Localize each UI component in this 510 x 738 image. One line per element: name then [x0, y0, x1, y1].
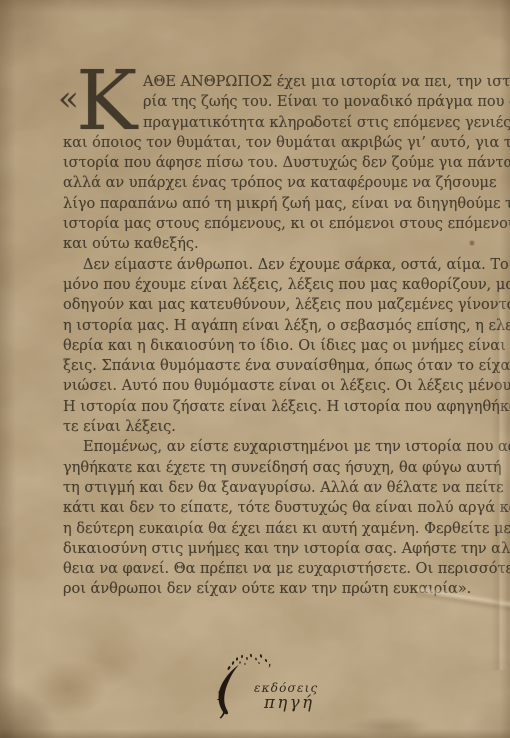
paragraph-1: «Κ ΑΘΕ ΑΝΘΡΩΠΟΣ έχει μια ιστορία να πει,… [63, 72, 448, 255]
text-line: μόνο που έχουμε είναι λέξεις, λέξεις που… [63, 275, 448, 295]
text-line: τη στιγμή και δεν θα ξαναγυρίσω. Αλλά αν… [63, 478, 448, 498]
text-line: κάτι και δεν το είπατε, τότε δυστυχώς θα… [63, 498, 448, 518]
blurb-text-block: «Κ ΑΘΕ ΑΝΘΡΩΠΟΣ έχει μια ιστορία να πει,… [63, 72, 448, 600]
text-line: η δεύτερη ευκαιρία θα έχει πάει κι αυτή … [63, 519, 448, 539]
text-line: η ιστορία μας. Η αγάπη είναι λέξη, ο σεβ… [63, 316, 448, 336]
drop-cap-letter: Κ [76, 61, 137, 143]
drop-cap-group: «Κ [63, 76, 143, 130]
paper-crease [491, 290, 507, 670]
paragraph-3: Επομένως, αν είστε ευχαριστημένοι με την… [63, 437, 448, 599]
text-line: νιώσει. Αυτό που θυμόμαστε είναι οι λέξε… [63, 376, 448, 396]
text-line: Επομένως, αν είστε ευχαριστημένοι με την… [63, 437, 448, 457]
text-line: Η ιστορία που ζήσατε είναι λέξεις. Η ιστ… [63, 397, 448, 417]
text-line: ξεις. Σπάνια θυμόμαστε ένα συναίσθημα, ό… [63, 356, 448, 376]
paragraph-2: Δεν είμαστε άνθρωποι. Δεν έχουμε σάρκα, … [63, 255, 448, 438]
text-line: τε είναι λέξεις. [63, 417, 448, 437]
text-line: Δεν είμαστε άνθρωποι. Δεν έχουμε σάρκα, … [63, 255, 448, 275]
text-line: ιστορία που άφησε πίσω του. Δυστυχώς δεν… [63, 153, 448, 173]
text-line: λίγο παραπάνω από τη μικρή ζωή μας, είνα… [63, 194, 448, 214]
publisher-logo: εκδόσεις πηγή [212, 652, 332, 720]
text-line: γηθήκατε και έχετε τη συνείδησή σας ήσυχ… [63, 458, 448, 478]
text-line: θερία και η δικαιοσύνη το ίδιο. Οι ίδιες… [63, 336, 448, 356]
text-line: και ούτω καθεξής. [63, 234, 448, 254]
text-line: οδηγούν και μας κατευθύνουν, λέξεις που … [63, 295, 448, 315]
publisher-name: πηγή [264, 693, 314, 712]
text-line: ροι άνθρωποι δεν είχαν ούτε καν την πρώτ… [63, 579, 448, 599]
text-line: αλλά αν υπάρχει ένας τρόπος να καταφέρου… [63, 173, 448, 193]
text-line: δικαιοσύνη στις μνήμες και την ιστορία σ… [63, 539, 448, 559]
book-back-cover: «Κ ΑΘΕ ΑΝΘΡΩΠΟΣ έχει μια ιστορία να πει,… [0, 0, 510, 738]
text-line: ιστορία μας στους επόμενους, κι οι επόμε… [63, 214, 448, 234]
text-line: θεια να φανεί. Θα πρέπει να με ευχαριστή… [63, 559, 448, 579]
